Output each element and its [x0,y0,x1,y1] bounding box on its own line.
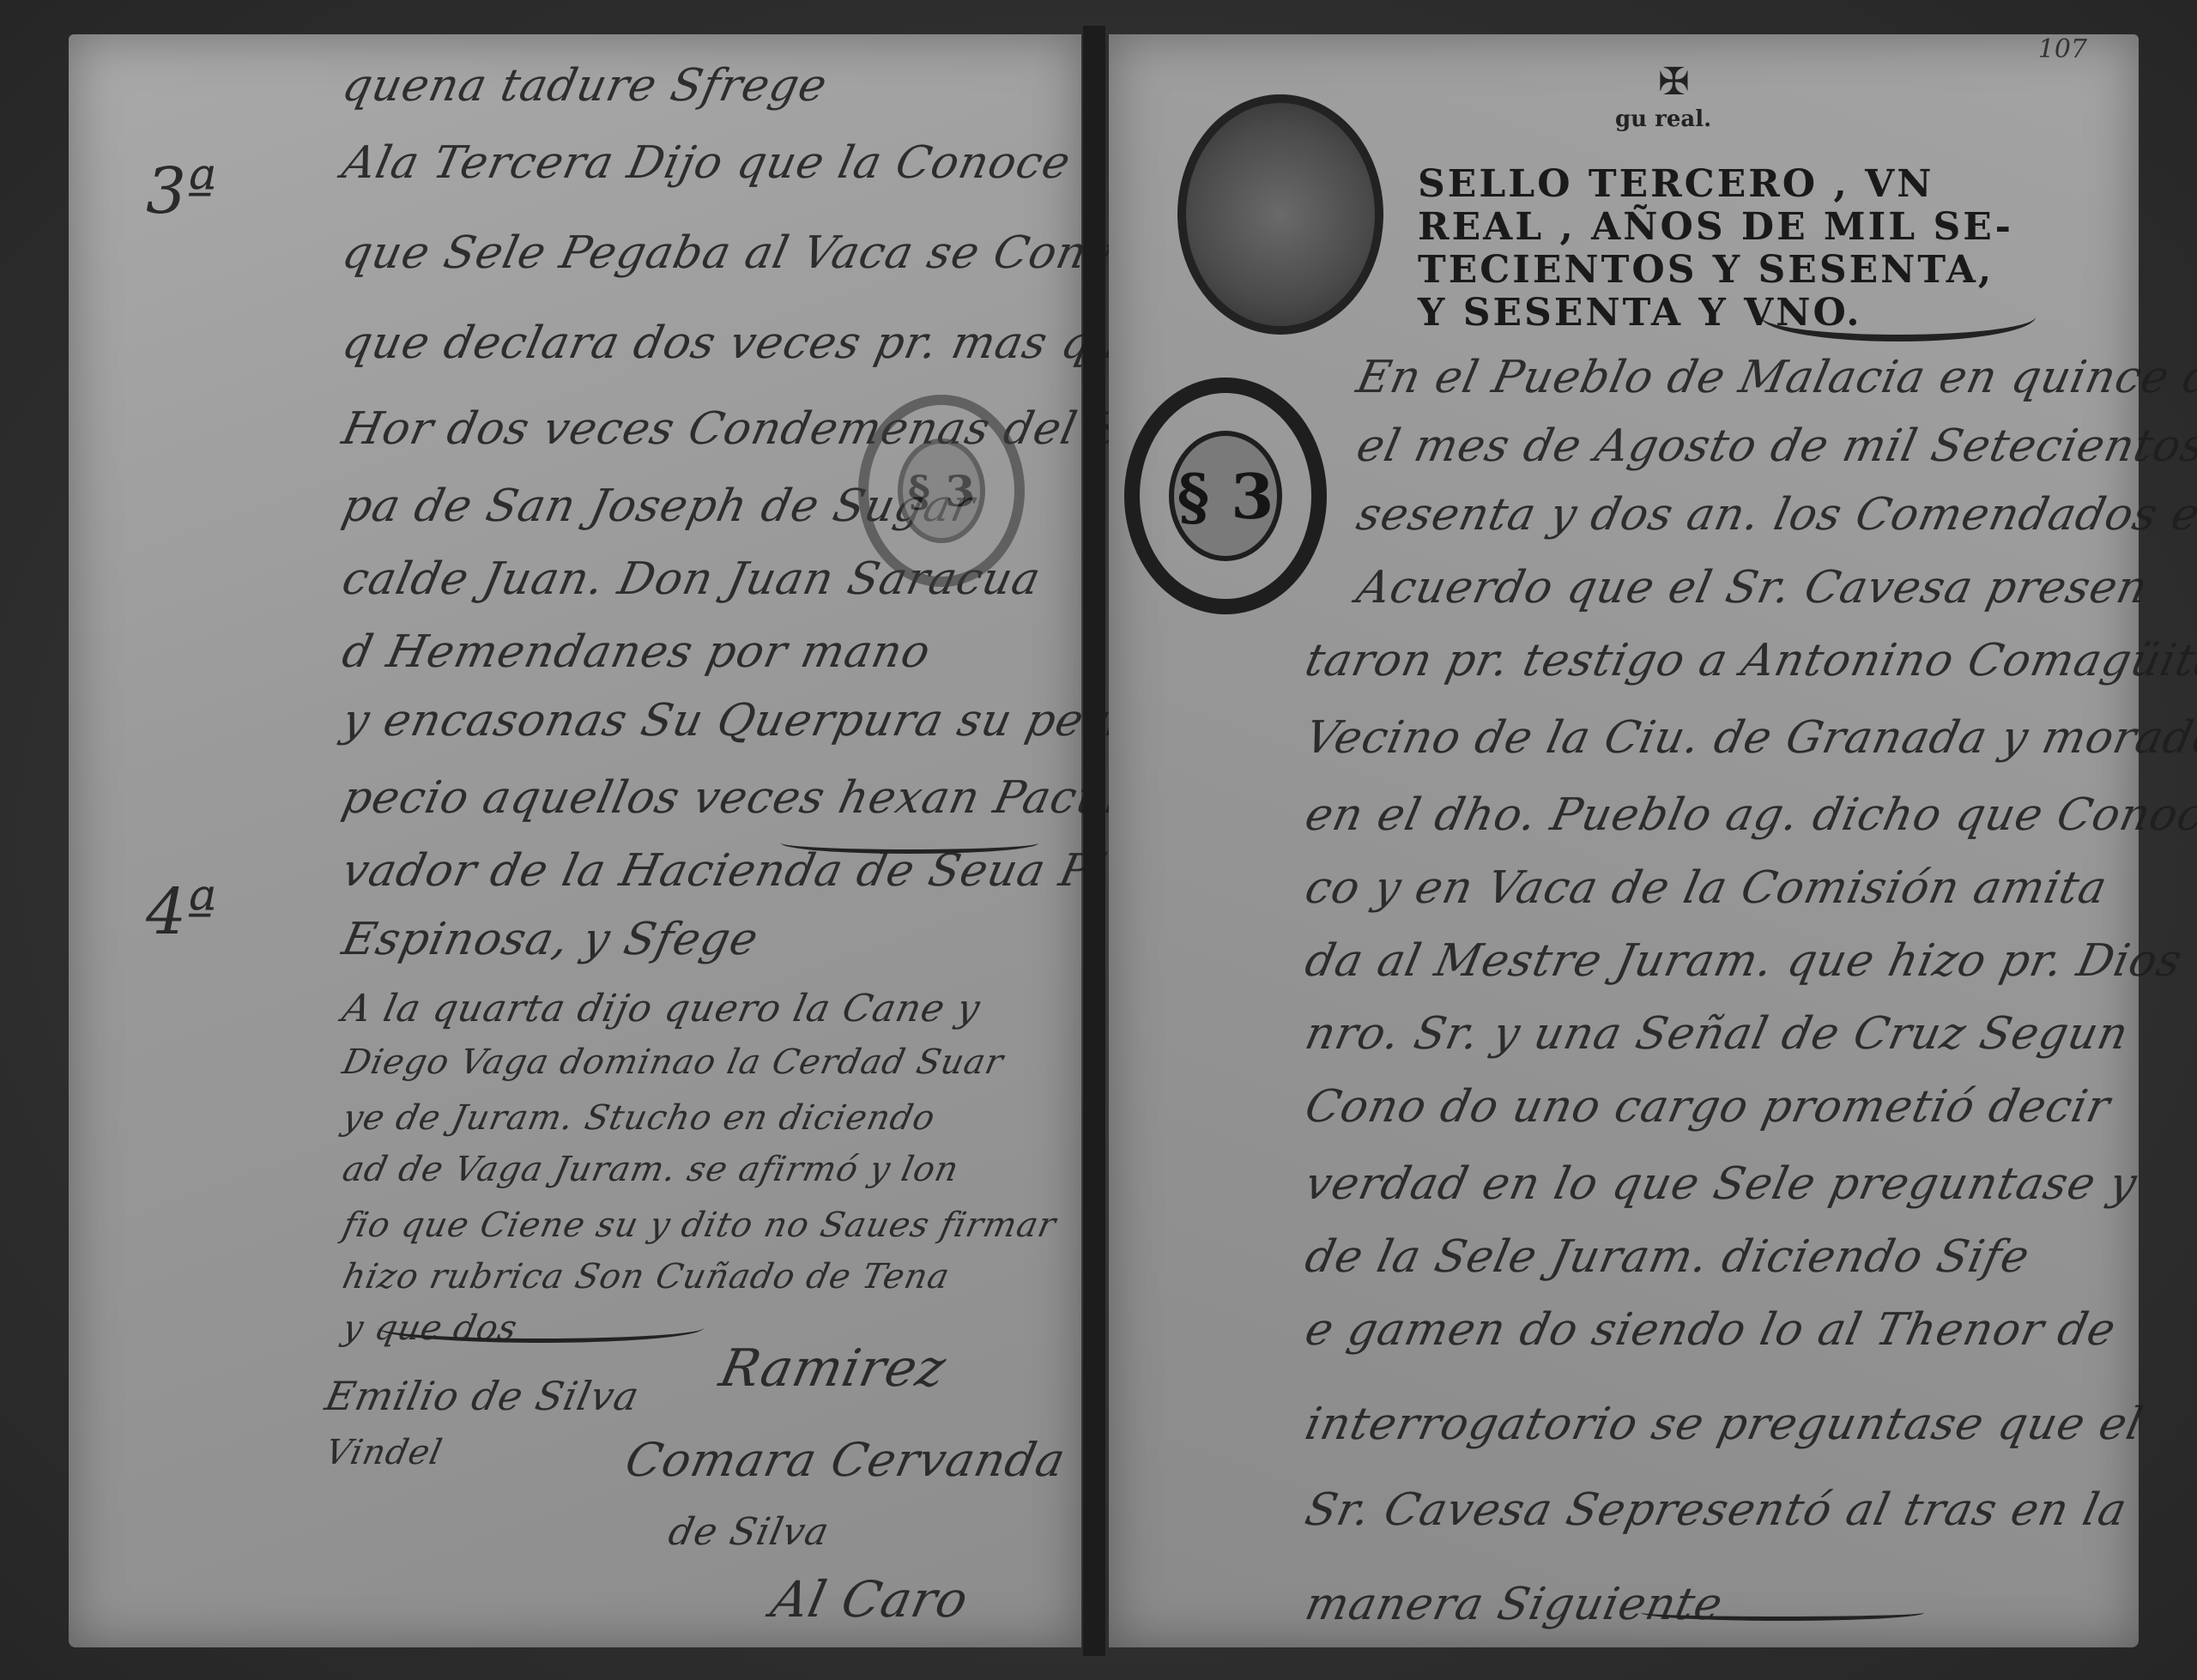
manuscript-line: Cono do uno cargo prometió decir [1301,1081,2115,1133]
manuscript-line: interrogatorio se preguntase que el [1301,1399,2148,1450]
manuscript-line: en el dho. Pueblo ag. dicho que Conoc [1301,789,2197,841]
signature: Ramirez [715,1339,952,1399]
signature: de Silva [665,1510,833,1554]
manuscript-line: que Sele Pegaba al Vaca se Convidó [338,227,1190,279]
tax-seal-icon: § 3 [1124,378,1327,614]
manuscript-line: d Hemendanes por mano [338,626,935,678]
flourish [781,832,1038,854]
flourish [1641,1604,1924,1621]
manuscript-line: ye de Juram. Stucho en diciendo [339,1098,939,1138]
flourish [1761,292,2036,341]
manuscript-line: Acuerdo que el Sr. Cavesa presen [1353,562,2153,613]
seal-faded-inner: § 3 [898,438,985,543]
manuscript-line: Diego Vaga dominao la Cerdad Suar [339,1042,1007,1082]
right-page: 107 ✠ gu real. SELLO TERCERO , VN REAL ,… [1109,34,2139,1647]
manuscript-line: sesenta y dos an. los Comendados en [1353,489,2197,541]
manuscript-line: En el Pueblo de Malacia en quince de [1353,352,2197,403]
manuscript-line: de la Sele Juram. diciendo Sife [1301,1231,2035,1283]
signature: Comara Cervanda [620,1433,1070,1487]
manuscript-line: co y en Vaca de la Comisión amita [1301,862,2112,914]
flourish [378,1313,704,1343]
cross-icon: ✠ [1658,60,1690,104]
book-gutter [1083,26,1105,1656]
stamp-header-line: REAL , AÑOS DE MIL SE- [1418,206,2013,249]
signature: Vindel [322,1433,446,1472]
margin-note-4a: 4ª [146,875,216,949]
signature: Al Caro [766,1570,974,1629]
page-number: 107 [2038,34,2087,64]
manuscript-line: el mes de Agosto de mil Setecientos [1353,420,2197,472]
manuscript-line: Sr. Cavesa Sepresentó al tras en la [1301,1484,2132,1536]
royal-seal-icon [1177,94,1383,335]
left-page: 3ª 4ª quena tadure Sfrege Ala Tercera Di… [69,34,1081,1647]
manuscript-line: fio que Ciene su y dito no Saues firmar [339,1206,1060,1245]
manuscript-line: quena tadure Sfrege [338,60,832,112]
seal-faded: § 3 [858,395,1025,587]
margin-note-3a: 3ª [146,154,216,228]
manuscript-line: verdad en lo que Sele preguntase y [1301,1158,2142,1210]
manuscript-line: manera Siguiente [1301,1579,1728,1630]
manuscript-line: Espinosa, y Sfege [338,914,763,965]
stamp-subtitle: gu real. [1615,106,1711,132]
manuscript-line: taron pr. testigo a Antonino Comagüita [1301,635,2197,686]
manuscript-line: Ala Tercera Dijo que la Conoce [338,137,1075,189]
manuscript-line: pecio aquellos veces hexan Pacul [338,772,1128,824]
manuscript-line: que declara dos veces pr. mas que [338,317,1154,369]
stamp-header-line: SELLO TERCERO , VN [1418,163,2013,206]
manuscript-line: da al Mestre Juram. que hizo pr. Dios [1301,935,2187,987]
manuscript-line: Vecino de la Ciu. de Granada y morador [1301,712,2197,764]
stamp-header-line: TECIENTOS Y SESENTA, [1418,249,2013,292]
manuscript-line: nro. Sr. y una Señal de Cruz Segun [1301,1008,2133,1060]
tax-seal-inner: § 3 [1169,431,1282,561]
signature: Emilio de Silva [321,1373,644,1419]
manuscript-line: A la quarta dijo quero la Cane y [339,987,984,1030]
manuscript-line: hizo rubrica Son Cuñado de Tena [339,1257,953,1296]
manuscript-line: vador de la Hacienda de Seua Pl [338,845,1112,897]
manuscript-line: e gamen [1301,1304,1511,1356]
manuscript-line: ad de Vaga Juram. se afirmó y lon [339,1150,962,1189]
manuscript-line: do siendo lo al Thenor de [1516,1304,2121,1356]
